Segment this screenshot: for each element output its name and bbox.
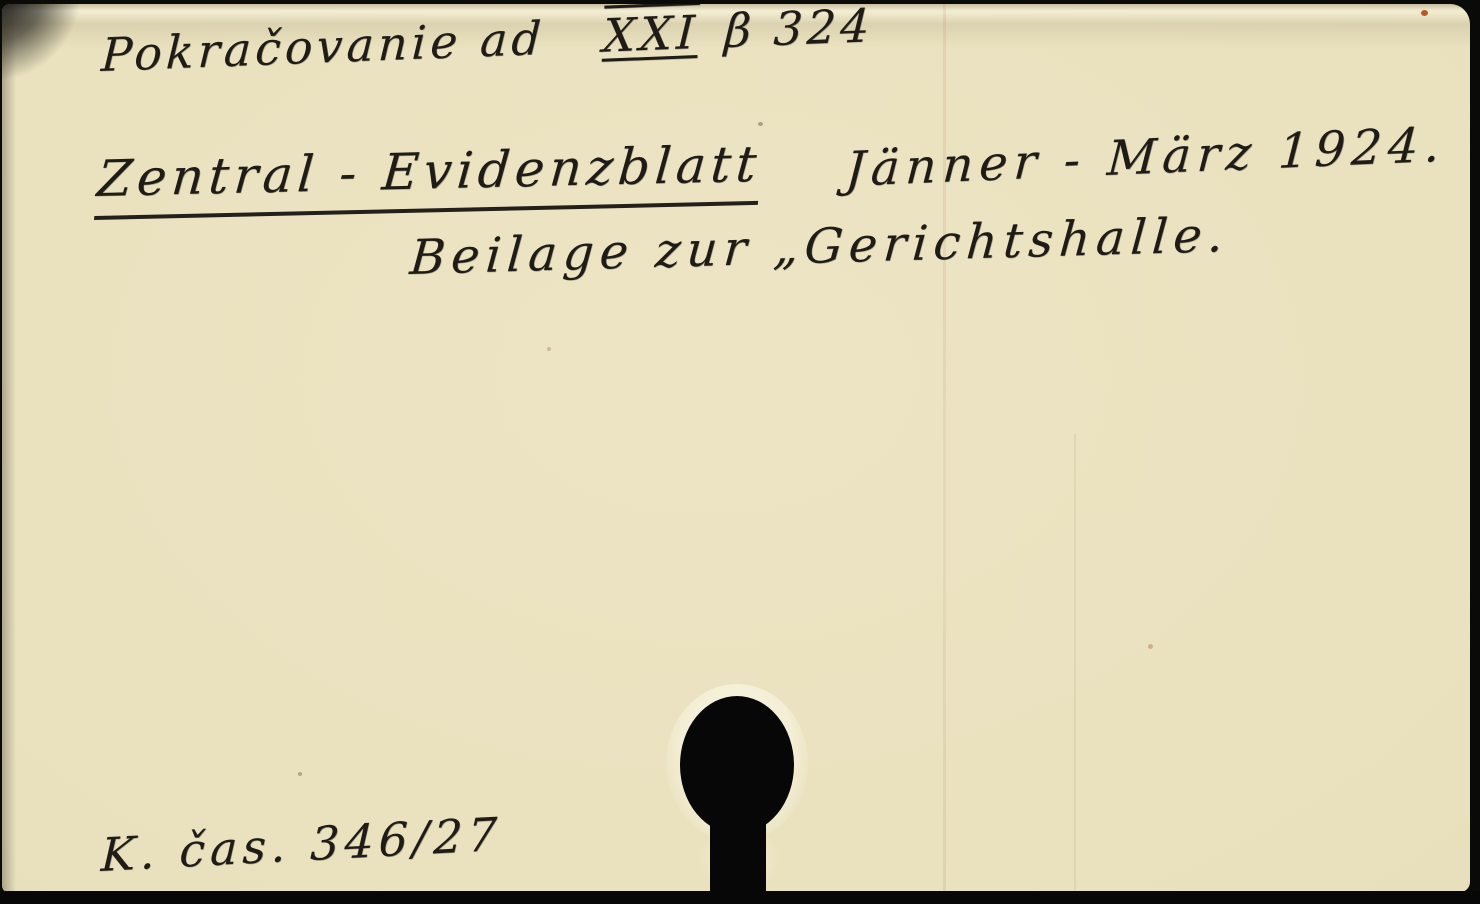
top-left-corner-shadow (2, 4, 84, 84)
left-edge-shading (2, 4, 16, 892)
punch-hole-stem (710, 802, 766, 892)
date-range: Jänner - März 1924. (844, 117, 1447, 198)
signature-code: β 324 (723, 4, 875, 58)
reference-number: K. čas. 346/27 (100, 807, 503, 882)
title-underlined: Zentral - Evidenzblatt (94, 135, 763, 220)
scanned-card-background: Pokračovanie adXXIβ 324 Zentral - Eviden… (0, 0, 1480, 904)
paper-speck (298, 772, 302, 776)
punch-hole-circle (680, 696, 794, 834)
paper-speck (1421, 10, 1428, 16)
subtitle-line: Beilage zur „Gerichtshalle. (408, 207, 1231, 286)
paper-speck (1148, 644, 1153, 649)
signature-prefix: Pokračovanie ad (100, 11, 546, 82)
signature-roman-numeral: XXI (602, 5, 700, 63)
bottom-scan-bar (0, 891, 1480, 904)
paper-speck (547, 347, 551, 351)
catalog-card: Pokračovanie adXXIβ 324 Zentral - Eviden… (2, 4, 1470, 892)
punch-hole-halo (666, 684, 808, 842)
signature-line: Pokračovanie adXXIβ 324 (100, 4, 875, 82)
vertical-crease-line (1074, 434, 1076, 892)
punch-stem-halo (698, 824, 780, 892)
paper-speck (758, 122, 763, 126)
